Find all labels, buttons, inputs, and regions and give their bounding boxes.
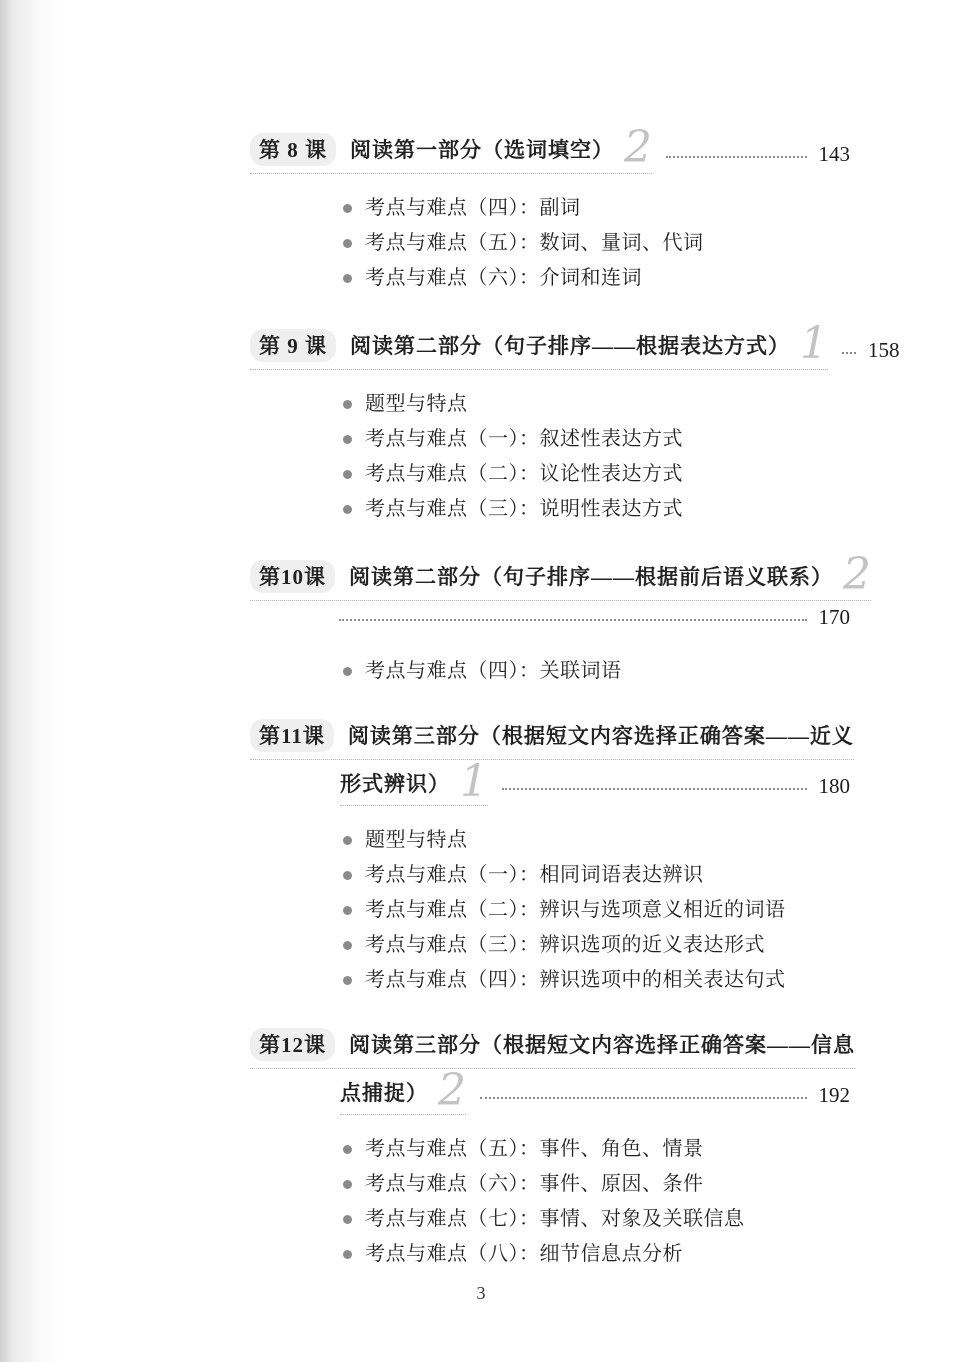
- page-number: 192: [819, 1083, 851, 1108]
- bullet-item: 考点与难点（三）：说明性表达方式: [343, 499, 850, 520]
- bullet-icon: [343, 505, 352, 514]
- title-group: 点捕捉） 2: [340, 1073, 466, 1115]
- entry-title-line-2: 点捕捉） 2 192: [340, 1073, 850, 1115]
- bullet-text: 考点与难点（一）：叙述性表达方式: [365, 429, 683, 450]
- dot-leader: [666, 156, 807, 158]
- bullet-icon: [343, 906, 352, 915]
- bullet-icon: [343, 1215, 352, 1224]
- entry-title: 阅读第一部分（选词填空）: [350, 134, 614, 164]
- section-number: 2: [624, 135, 652, 161]
- lesson-label: 第 9 课: [250, 329, 336, 362]
- bullet-text: 考点与难点（七）：事情、对象及关联信息: [365, 1209, 745, 1230]
- toc-entry-lesson-9: 第 9 课 阅读第二部分（句子排序——根据表达方式） 1 158 题型与特点 考…: [250, 326, 850, 520]
- title-group: 形式辨识） 1: [340, 764, 488, 806]
- page-number: 158: [868, 338, 900, 363]
- bullet-list: 考点与难点（四）：关联词语: [343, 661, 850, 682]
- bullet-text: 考点与难点（八）：细节信息点分析: [365, 1244, 683, 1265]
- entry-title-line: 第11课 阅读第三部分（根据短文内容选择正确答案——近义: [250, 719, 850, 760]
- bullet-item: 考点与难点（三）：辨识选项的近义表达形式: [343, 935, 850, 956]
- bullet-list: 考点与难点（五）：事件、角色、情景 考点与难点（六）：事件、原因、条件 考点与难…: [343, 1139, 850, 1265]
- title-group: 第12课 阅读第三部分（根据短文内容选择正确答案——信息: [250, 1028, 855, 1069]
- page-footer-number: 3: [0, 1283, 962, 1304]
- entry-title-line: 第10课 阅读第二部分（句子排序——根据前后语义联系） 2: [250, 557, 850, 601]
- bullet-icon: [343, 239, 352, 248]
- entry-title-line-2: 形式辨识） 1 180: [340, 764, 850, 806]
- bullet-text: 考点与难点（一）：相同词语表达辨识: [365, 865, 704, 886]
- bullet-item: 考点与难点（二）：辨识与选项意义相近的词语: [343, 900, 850, 921]
- entry-title-line2: 点捕捉）: [340, 1077, 428, 1107]
- bullet-text: 考点与难点（二）：议论性表达方式: [365, 464, 683, 485]
- bullet-list: 题型与特点 考点与难点（一）：相同词语表达辨识 考点与难点（二）：辨识与选项意义…: [343, 830, 850, 991]
- bullet-icon: [343, 871, 352, 880]
- bullet-item: 考点与难点（六）：介词和连词: [343, 268, 850, 289]
- title-group: 第 8 课 阅读第一部分（选词填空） 2: [250, 130, 652, 174]
- lesson-label: 第12课: [250, 1028, 335, 1061]
- bullet-item: 考点与难点（四）：辨识选项中的相关表达句式: [343, 970, 850, 991]
- bullet-icon: [343, 435, 352, 444]
- bullet-item: 考点与难点（七）：事情、对象及关联信息: [343, 1209, 850, 1230]
- bullet-icon: [343, 667, 352, 676]
- toc-entry-lesson-12: 第12课 阅读第三部分（根据短文内容选择正确答案——信息 点捕捉） 2 192 …: [250, 1028, 850, 1265]
- bullet-item: 题型与特点: [343, 830, 850, 851]
- bullet-icon: [343, 836, 352, 845]
- bullet-item: 考点与难点（二）：议论性表达方式: [343, 464, 850, 485]
- entry-title: 阅读第二部分（句子排序——根据前后语义联系）: [349, 561, 833, 591]
- bullet-icon: [343, 1180, 352, 1189]
- bullet-icon: [343, 976, 352, 985]
- entry-title-line1: 阅读第三部分（根据短文内容选择正确答案——信息: [349, 1029, 855, 1059]
- scan-binding-shadow: [0, 0, 60, 1362]
- title-group: 第10课 阅读第二部分（句子排序——根据前后语义联系） 2: [250, 557, 871, 601]
- toc-page: 第 8 课 阅读第一部分（选词填空） 2 143 考点与难点（四）：副词 考点与…: [250, 130, 850, 1302]
- bullet-item: 考点与难点（八）：细节信息点分析: [343, 1244, 850, 1265]
- bullet-item: 考点与难点（五）：事件、角色、情景: [343, 1139, 850, 1160]
- bullet-icon: [343, 274, 352, 283]
- entry-title-line: 第 8 课 阅读第一部分（选词填空） 2 143: [250, 130, 850, 174]
- bullet-text: 考点与难点（二）：辨识与选项意义相近的词语: [365, 900, 786, 921]
- bullet-icon: [343, 1250, 352, 1259]
- page-number: 143: [819, 142, 851, 167]
- entry-title-line: 第 9 课 阅读第二部分（句子排序——根据表达方式） 1 158: [250, 326, 850, 370]
- section-number: 1: [460, 769, 488, 795]
- bullet-text: 考点与难点（五）：数词、量词、代词: [365, 233, 704, 254]
- dot-leader: [339, 619, 807, 621]
- bullet-text: 考点与难点（六）：事件、原因、条件: [365, 1174, 704, 1195]
- bullet-text: 考点与难点（四）：副词: [365, 198, 581, 219]
- bullet-item: 考点与难点（四）：副词: [343, 198, 850, 219]
- section-number: 1: [800, 331, 828, 357]
- lesson-label: 第 8 课: [250, 133, 336, 166]
- entry-title: 阅读第二部分（句子排序——根据表达方式）: [350, 330, 790, 360]
- toc-entry-lesson-8: 第 8 课 阅读第一部分（选词填空） 2 143 考点与难点（四）：副词 考点与…: [250, 130, 850, 289]
- dot-leader: [480, 1097, 807, 1099]
- bullet-item: 考点与难点（五）：数词、量词、代词: [343, 233, 850, 254]
- bullet-text: 考点与难点（三）：说明性表达方式: [365, 499, 683, 520]
- bullet-text: 考点与难点（四）：辨识选项中的相关表达句式: [365, 970, 786, 991]
- entry-title-line1: 阅读第三部分（根据短文内容选择正确答案——近义: [348, 720, 854, 750]
- bullet-list: 题型与特点 考点与难点（一）：叙述性表达方式 考点与难点（二）：议论性表达方式 …: [343, 394, 850, 520]
- page-number: 170: [819, 605, 851, 630]
- bullet-item: 考点与难点（一）：相同词语表达辨识: [343, 865, 850, 886]
- bullet-icon: [343, 400, 352, 409]
- bullet-text: 考点与难点（三）：辨识选项的近义表达形式: [365, 935, 765, 956]
- lesson-label: 第10课: [250, 560, 335, 593]
- bullet-icon: [343, 470, 352, 479]
- bullet-icon: [343, 1145, 352, 1154]
- entry-title-line2: 形式辨识）: [340, 768, 450, 798]
- page-number: 180: [819, 774, 851, 799]
- section-number: 2: [843, 562, 871, 588]
- title-group: 第 9 课 阅读第二部分（句子排序——根据表达方式） 1: [250, 326, 828, 370]
- title-group: 第11课 阅读第三部分（根据短文内容选择正确答案——近义: [250, 719, 854, 760]
- bullet-text: 题型与特点: [365, 394, 468, 415]
- toc-entry-lesson-10: 第10课 阅读第二部分（句子排序——根据前后语义联系） 2 170 考点与难点（…: [250, 557, 850, 682]
- bullet-item: 考点与难点（六）：事件、原因、条件: [343, 1174, 850, 1195]
- lesson-label: 第11课: [250, 719, 334, 752]
- toc-entry-lesson-11: 第11课 阅读第三部分（根据短文内容选择正确答案——近义 形式辨识） 1 180…: [250, 719, 850, 991]
- bullet-list: 考点与难点（四）：副词 考点与难点（五）：数词、量词、代词 考点与难点（六）：介…: [343, 198, 850, 289]
- bullet-item: 考点与难点（四）：关联词语: [343, 661, 850, 682]
- bullet-item: 题型与特点: [343, 394, 850, 415]
- bullet-icon: [343, 204, 352, 213]
- dot-leader: [502, 788, 807, 790]
- bullet-item: 考点与难点（一）：叙述性表达方式: [343, 429, 850, 450]
- entry-leader-line: 170: [325, 605, 850, 637]
- entry-title-line: 第12课 阅读第三部分（根据短文内容选择正确答案——信息: [250, 1028, 850, 1069]
- bullet-text: 题型与特点: [365, 830, 468, 851]
- bullet-text: 考点与难点（六）：介词和连词: [365, 268, 642, 289]
- dot-leader: [842, 352, 856, 354]
- bullet-icon: [343, 941, 352, 950]
- bullet-text: 考点与难点（四）：关联词语: [365, 661, 622, 682]
- section-number: 2: [438, 1078, 466, 1104]
- bullet-text: 考点与难点（五）：事件、角色、情景: [365, 1139, 704, 1160]
